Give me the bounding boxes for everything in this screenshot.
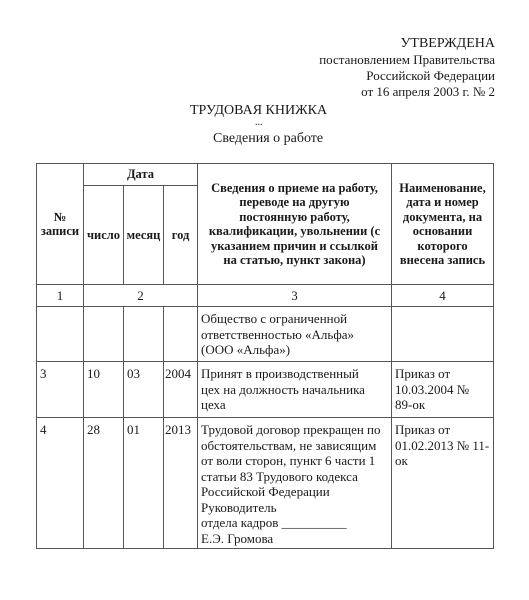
- signature-title: отдела кадров __________: [201, 515, 388, 531]
- header-date: Дата: [84, 164, 198, 186]
- year: [164, 307, 198, 362]
- column-number: 4: [392, 285, 494, 307]
- header-day: число: [84, 186, 124, 285]
- header-document: Наименование, дата и номер документа, на…: [392, 164, 494, 285]
- approval-line: Российской Федерации: [319, 68, 495, 84]
- day: 28: [84, 418, 124, 549]
- document: Приказ от 01.02.2013 № 11-ок: [392, 418, 494, 549]
- month: [124, 307, 164, 362]
- year: 2004: [164, 362, 198, 418]
- approval-line: постановлением Правительства: [319, 52, 495, 68]
- document: [392, 307, 494, 362]
- table-row: 3 10 03 2004 Принят в производственный ц…: [37, 362, 494, 418]
- record-no: 4: [37, 418, 84, 549]
- table-row: 4 28 01 2013 Трудовой договор прекращен …: [37, 418, 494, 549]
- record-no: 3: [37, 362, 84, 418]
- work-records-table: № записи Дата Сведения о приеме на работ…: [36, 163, 494, 549]
- header-record-no: № записи: [37, 164, 84, 285]
- day: [84, 307, 124, 362]
- info: Общество с ограниченной ответственностью…: [198, 307, 392, 362]
- header-info: Сведения о приеме на работу, переводе на…: [198, 164, 392, 285]
- document-title: ТРУДОВАЯ КНИЖКА: [35, 103, 495, 119]
- day: 10: [84, 362, 124, 418]
- approval-line: от 16 апреля 2003 г. № 2: [319, 84, 495, 100]
- approval-block: УТВЕРЖДЕНА постановлением Правительства …: [319, 36, 495, 100]
- ellipsis: ...: [255, 118, 263, 128]
- document: Приказ от 10.03.2004 № 89-ок: [392, 362, 494, 418]
- column-number: 2: [84, 285, 198, 307]
- signature-name: Е.Э. Громова: [201, 531, 388, 547]
- header-year: год: [164, 186, 198, 285]
- info: Трудовой договор прекращен по обстоятель…: [201, 422, 388, 500]
- month: 01: [124, 418, 164, 549]
- signature-title: Руководитель: [201, 500, 388, 516]
- document-title-block: ТРУДОВАЯ КНИЖКА: [35, 103, 495, 119]
- approval-title: УТВЕРЖДЕНА: [319, 36, 495, 52]
- month: 03: [124, 362, 164, 418]
- column-number: 3: [198, 285, 392, 307]
- header-row: № записи Дата Сведения о приеме на работ…: [37, 164, 494, 186]
- column-number-row: 1 2 3 4: [37, 285, 494, 307]
- record-no: [37, 307, 84, 362]
- info-cell: Трудовой договор прекращен по обстоятель…: [198, 418, 392, 549]
- column-number: 1: [37, 285, 84, 307]
- header-month: месяц: [124, 186, 164, 285]
- table-row: Общество с ограниченной ответственностью…: [37, 307, 494, 362]
- info: Принят в производственный цех на должнос…: [198, 362, 392, 418]
- year: 2013: [164, 418, 198, 549]
- section-title: Сведения о работе: [213, 131, 323, 147]
